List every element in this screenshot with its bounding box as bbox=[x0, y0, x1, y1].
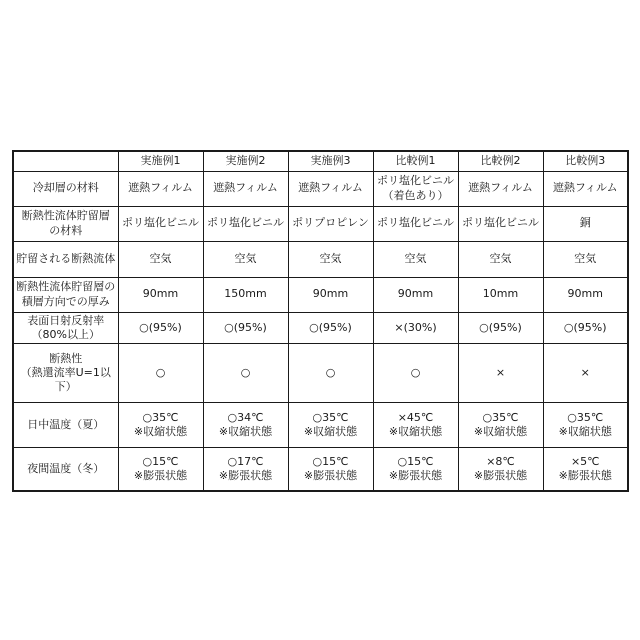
cell: ○ bbox=[373, 344, 458, 403]
col-header-example1: 実施例1 bbox=[118, 151, 203, 171]
cell: 空気 bbox=[543, 241, 628, 277]
cell: ○(95%) bbox=[543, 312, 628, 344]
cell: ×(30%) bbox=[373, 312, 458, 344]
cell: 空気 bbox=[373, 241, 458, 277]
cell: ポリ塩化ビニル （着色あり） bbox=[373, 171, 458, 206]
cell: ○ bbox=[118, 344, 203, 403]
cell: × bbox=[458, 344, 543, 403]
cell: ×5℃ ※膨張状態 bbox=[543, 448, 628, 491]
cell: 銅 bbox=[543, 206, 628, 241]
cell: ○35℃ ※収縮状態 bbox=[288, 403, 373, 448]
cell: ○ bbox=[203, 344, 288, 403]
cell: 空気 bbox=[203, 241, 288, 277]
cell: ○15℃ ※膨張状態 bbox=[118, 448, 203, 491]
cell: ○35℃ ※収縮状態 bbox=[118, 403, 203, 448]
cell: ○17℃ ※膨張状態 bbox=[203, 448, 288, 491]
cell: 遮熱フィルム bbox=[118, 171, 203, 206]
cell: 空気 bbox=[118, 241, 203, 277]
row-header: 表面日射反射率 （80%以上） bbox=[13, 312, 118, 344]
cell: ○(95%) bbox=[203, 312, 288, 344]
cell: 遮熱フィルム bbox=[203, 171, 288, 206]
cell: 空気 bbox=[288, 241, 373, 277]
cell: ○15℃ ※膨張状態 bbox=[373, 448, 458, 491]
table-row-storage-layer-material: 断熱性流体貯留層 の材料 ポリ塩化ビニル ポリ塩化ビニル ポリプロピレン ポリ塩… bbox=[13, 206, 628, 241]
row-header: 断熱性 （熱還流率U=1以下） bbox=[13, 344, 118, 403]
cell: ポリ塩化ビニル bbox=[118, 206, 203, 241]
table-row-stored-fluid: 貯留される断熱流体 空気 空気 空気 空気 空気 空気 bbox=[13, 241, 628, 277]
cell: 遮熱フィルム bbox=[458, 171, 543, 206]
cell: 90mm bbox=[118, 277, 203, 312]
document-page: 実施例1 実施例2 実施例3 比較例1 比較例2 比較例3 冷却層の材料 遮熱フ… bbox=[0, 0, 640, 640]
table-row-layer-thickness: 断熱性流体貯留層の 積層方向での厚み 90mm 150mm 90mm 90mm … bbox=[13, 277, 628, 312]
table-header-row: 実施例1 実施例2 実施例3 比較例1 比較例2 比較例3 bbox=[13, 151, 628, 171]
cell: ○(95%) bbox=[458, 312, 543, 344]
row-header: 日中温度（夏） bbox=[13, 403, 118, 448]
cell: 10mm bbox=[458, 277, 543, 312]
row-header: 断熱性流体貯留層の 積層方向での厚み bbox=[13, 277, 118, 312]
cell: ポリ塩化ビニル bbox=[458, 206, 543, 241]
cell: ポリ塩化ビニル bbox=[373, 206, 458, 241]
cell: 90mm bbox=[373, 277, 458, 312]
cell: ×45℃ ※収縮状態 bbox=[373, 403, 458, 448]
col-header-example3: 実施例3 bbox=[288, 151, 373, 171]
cell: ○ bbox=[288, 344, 373, 403]
cell: ○35℃ ※収縮状態 bbox=[458, 403, 543, 448]
row-header: 断熱性流体貯留層 の材料 bbox=[13, 206, 118, 241]
cell: ○34℃ ※収縮状態 bbox=[203, 403, 288, 448]
cell: 遮熱フィルム bbox=[288, 171, 373, 206]
cell: 150mm bbox=[203, 277, 288, 312]
table-row-heat-insulation: 断熱性 （熱還流率U=1以下） ○ ○ ○ ○ × × bbox=[13, 344, 628, 403]
cell: ○(95%) bbox=[288, 312, 373, 344]
cell: ポリプロピレン bbox=[288, 206, 373, 241]
cell: 遮熱フィルム bbox=[543, 171, 628, 206]
col-header-comparative1: 比較例1 bbox=[373, 151, 458, 171]
row-header: 夜間温度（冬） bbox=[13, 448, 118, 491]
col-header-example2: 実施例2 bbox=[203, 151, 288, 171]
col-header-comparative3: 比較例3 bbox=[543, 151, 628, 171]
table-row-cooling-layer-material: 冷却層の材料 遮熱フィルム 遮熱フィルム 遮熱フィルム ポリ塩化ビニル （着色あ… bbox=[13, 171, 628, 206]
table-row-nighttime-temperature: 夜間温度（冬） ○15℃ ※膨張状態 ○17℃ ※膨張状態 ○15℃ ※膨張状態… bbox=[13, 448, 628, 491]
cell: ○(95%) bbox=[118, 312, 203, 344]
cell: ○15℃ ※膨張状態 bbox=[288, 448, 373, 491]
row-header: 貯留される断熱流体 bbox=[13, 241, 118, 277]
cell: 空気 bbox=[458, 241, 543, 277]
cell: ○35℃ ※収縮状態 bbox=[543, 403, 628, 448]
comparison-table: 実施例1 実施例2 実施例3 比較例1 比較例2 比較例3 冷却層の材料 遮熱フ… bbox=[12, 150, 629, 492]
table-row-daytime-temperature: 日中温度（夏） ○35℃ ※収縮状態 ○34℃ ※収縮状態 ○35℃ ※収縮状態… bbox=[13, 403, 628, 448]
cell: 90mm bbox=[543, 277, 628, 312]
col-header-comparative2: 比較例2 bbox=[458, 151, 543, 171]
cell: × bbox=[543, 344, 628, 403]
row-header: 冷却層の材料 bbox=[13, 171, 118, 206]
corner-cell bbox=[13, 151, 118, 171]
cell: ×8℃ ※膨張状態 bbox=[458, 448, 543, 491]
cell: ポリ塩化ビニル bbox=[203, 206, 288, 241]
table-row-solar-reflectance: 表面日射反射率 （80%以上） ○(95%) ○(95%) ○(95%) ×(3… bbox=[13, 312, 628, 344]
cell: 90mm bbox=[288, 277, 373, 312]
